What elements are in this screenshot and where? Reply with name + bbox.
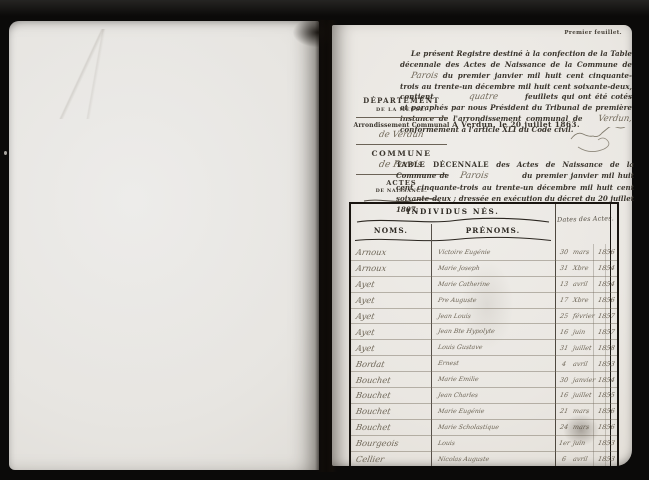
- cell-jour: 30: [555, 248, 573, 256]
- blank-left-page: [9, 21, 319, 470]
- cell-jour: 17: [555, 296, 573, 304]
- commune-title: COMMUNE: [345, 149, 458, 158]
- declaration-text-1: Le présent Registre destiné à la confect…: [400, 49, 632, 69]
- mois-text: avril: [572, 360, 588, 368]
- cell-prenom: Louis: [431, 440, 555, 447]
- film-edge-speck: [4, 151, 7, 155]
- prenom-text: Marie Emilie: [437, 376, 479, 383]
- cell-jour: 31: [555, 344, 573, 352]
- cell-prenom: Nicolas Auguste: [431, 456, 555, 463]
- cell-annee: 1856: [597, 296, 615, 304]
- cell-prenom: Marie Catherine: [431, 281, 555, 288]
- cell-annee: 1853: [597, 439, 615, 447]
- annee-text: 1856: [597, 296, 615, 304]
- column-header-dates: Dates des Actes.: [555, 214, 616, 224]
- cell-jour: 4: [555, 360, 573, 368]
- cell-mois: avril: [573, 455, 597, 463]
- prenom-text: Louis Gustave: [437, 344, 483, 351]
- column-header-prenoms: PRÉNOMS.: [431, 226, 555, 235]
- nom-text: Bordat: [355, 359, 385, 369]
- mois-text: juillet: [572, 344, 592, 352]
- cell-mois: juin: [573, 439, 597, 447]
- cell-mois: février: [573, 312, 597, 320]
- table-title-lead: TABLE DÉCENNALE: [396, 160, 489, 169]
- cell-prenom: Jean Charles: [431, 392, 555, 399]
- cell-jour: 6: [555, 455, 573, 463]
- cell-prenom: Marie Emilie: [431, 376, 555, 383]
- cell-mois: juillet: [573, 391, 597, 399]
- mois-text: avril: [572, 280, 588, 288]
- prenom-text: Marie Eugénie: [437, 408, 485, 415]
- commune-name-handwritten: Parois: [399, 71, 439, 82]
- table-row: Arnoux Victoire Eugénie 30 mars 1856: [351, 245, 617, 261]
- cell-prenom: Jean Louis: [431, 313, 555, 320]
- cell-prenom: Louis Gustave: [431, 344, 555, 351]
- cell-jour: 13: [555, 280, 573, 288]
- cell-jour: 16: [555, 328, 573, 336]
- cell-annee: 1856: [597, 248, 615, 256]
- annee-text: 1853: [597, 360, 615, 368]
- folio-label: Premier feuillet.: [564, 30, 622, 36]
- cell-mois: avril: [573, 360, 597, 368]
- mois-text: avril: [572, 455, 588, 463]
- jour-text: 16: [559, 391, 569, 399]
- mois-text: juin: [572, 439, 586, 447]
- cell-prenom: Pre Auguste: [431, 297, 555, 304]
- births-index-table: INDIVIDUS NÉS. NOMS. PRÉNOMS. Dates des …: [349, 202, 619, 466]
- nom-text: Arnoux: [355, 247, 387, 257]
- cell-nom: Bordat: [351, 359, 431, 369]
- cell-mois: mars: [573, 407, 597, 415]
- annee-text: 1854: [597, 280, 615, 288]
- cell-nom: Ayet: [351, 279, 431, 289]
- cell-prenom: Marie Scholastique: [431, 424, 555, 431]
- annee-text: 1854: [597, 376, 615, 384]
- mois-text: mars: [572, 407, 590, 415]
- arrondissement-value-handwritten: de Verdun: [345, 130, 458, 140]
- cell-mois: avril: [573, 280, 597, 288]
- table-row: Bordat Ernest 4 avril 1853: [351, 356, 617, 372]
- jour-text: 4: [561, 360, 566, 368]
- table-row: Bouchet Marie Eugénie 21 mars 1856: [351, 404, 617, 420]
- prenom-text: Victoire Eugénie: [437, 249, 491, 256]
- cell-annee: 1853: [597, 455, 615, 463]
- jour-text: 30: [559, 376, 569, 384]
- annee-text: 1855: [597, 391, 615, 399]
- nom-text: Bouchet: [355, 375, 391, 385]
- prenom-text: Ernest: [437, 360, 459, 367]
- cell-jour: 21: [555, 407, 573, 415]
- cell-annee: 1858: [597, 344, 615, 352]
- nom-text: Ayet: [355, 295, 375, 305]
- table-row: Ayet Jean Louis 25 février 1857: [351, 309, 617, 325]
- annee-text: 1854: [597, 264, 615, 272]
- table-row: Ayet Marie Catherine 13 avril 1854: [351, 277, 617, 293]
- cell-nom: Cellier: [351, 454, 431, 464]
- table-row: Arnoux Marie Joseph 31 Xbre 1854: [351, 261, 617, 277]
- cell-prenom: Ernest: [431, 360, 555, 367]
- cell-annee: 1857: [597, 328, 615, 336]
- prenom-text: Louis: [437, 440, 455, 447]
- nom-text: Ayet: [355, 279, 375, 289]
- jour-text: 31: [559, 344, 569, 352]
- table-row: Ayet Pre Auguste 17 Xbre 1856: [351, 293, 617, 309]
- prenom-text: Nicolas Auguste: [437, 456, 489, 463]
- annee-text: 1858: [597, 344, 615, 352]
- jour-text: 30: [559, 248, 569, 256]
- prenom-text: Jean Charles: [437, 392, 478, 399]
- cell-nom: Bouchet: [351, 422, 431, 432]
- prenom-text: Jean Bte Hypolyte: [437, 328, 495, 335]
- cell-nom: Arnoux: [351, 247, 431, 257]
- cell-annee: 1854: [597, 376, 615, 384]
- cell-nom: Arnoux: [351, 263, 431, 273]
- annee-text: 1856: [597, 407, 615, 415]
- cell-nom: Bouchet: [351, 406, 431, 416]
- nom-text: Bouchet: [355, 406, 391, 416]
- stamp-divider: [356, 117, 446, 118]
- nom-text: Ayet: [355, 311, 375, 321]
- arrondissement-title: Arrondissement Communal: [345, 122, 458, 129]
- nom-text: Ayet: [355, 327, 375, 337]
- cell-jour: 30: [555, 376, 573, 384]
- jour-text: 21: [559, 407, 569, 415]
- cell-prenom: Marie Eugénie: [431, 408, 555, 415]
- mois-text: mars: [572, 423, 590, 431]
- annee-text: 1857: [597, 328, 615, 336]
- cell-prenom: Marie Joseph: [431, 265, 555, 272]
- cell-jour: 1er: [555, 439, 573, 447]
- archive-scan-viewer: Premier feuillet. Le présent Registre de…: [0, 0, 649, 480]
- cell-jour: 25: [555, 312, 573, 320]
- jour-text: 13: [559, 280, 569, 288]
- prenom-text: Marie Joseph: [437, 265, 480, 272]
- departement-subtitle: DE LA MEUSE.: [345, 107, 458, 113]
- stamp-divider: [356, 144, 446, 145]
- prenom-text: Marie Scholastique: [437, 424, 499, 431]
- table-row: Bourgeois Louis 1er juin 1853: [351, 436, 617, 452]
- jour-text: 25: [559, 312, 569, 320]
- departement-title: DÉPARTEMENT: [345, 96, 458, 105]
- mois-text: juillet: [572, 391, 592, 399]
- nom-text: Arnoux: [355, 263, 387, 273]
- table-row: Bouchet Marie Emilie 30 janvier 1854: [351, 372, 617, 388]
- cell-annee: 1854: [597, 280, 615, 288]
- table-row: Bouchet Marie Scholastique 24 mars 1856: [351, 420, 617, 436]
- nom-text: Bouchet: [355, 422, 391, 432]
- arrondissement-value-text: de Verdun: [378, 130, 424, 140]
- mois-text: mars: [572, 248, 590, 256]
- column-header-noms: NOMS.: [351, 226, 431, 235]
- cell-annee: 1854: [597, 264, 615, 272]
- jour-text: 24: [559, 423, 569, 431]
- cell-nom: Ayet: [351, 343, 431, 353]
- sheet-count-handwritten: quatre: [457, 92, 499, 103]
- table-group-header: INDIVIDUS NÉS.: [351, 207, 555, 216]
- cell-nom: Bourgeois: [351, 438, 431, 448]
- mois-text: Xbre: [572, 264, 589, 272]
- nom-text: Bourgeois: [355, 438, 399, 448]
- annee-text: 1856: [597, 248, 615, 256]
- annee-text: 1857: [597, 312, 615, 320]
- prenom-text: Jean Louis: [437, 313, 471, 320]
- cell-mois: juillet: [573, 344, 597, 352]
- cell-nom: Bouchet: [351, 390, 431, 400]
- nom-text: Ayet: [355, 343, 375, 353]
- cell-nom: Bouchet: [351, 375, 431, 385]
- subheader-swash: [353, 236, 553, 244]
- prenom-text: Marie Catherine: [437, 281, 490, 288]
- jour-text: 1er: [558, 439, 570, 447]
- annee-text: 1853: [597, 439, 615, 447]
- cell-annee: 1856: [597, 407, 615, 415]
- cell-nom: Ayet: [351, 327, 431, 337]
- cell-jour: 31: [555, 264, 573, 272]
- nom-text: Cellier: [355, 454, 385, 464]
- annee-text: 1856: [597, 423, 615, 431]
- cell-annee: 1856: [597, 423, 615, 431]
- cell-annee: 1853: [597, 360, 615, 368]
- cell-nom: Ayet: [351, 311, 431, 321]
- jour-text: 31: [559, 264, 569, 272]
- cell-annee: 1857: [597, 312, 615, 320]
- register-page: Premier feuillet. Le présent Registre de…: [332, 25, 632, 466]
- handwritten-signature: [568, 127, 628, 157]
- mois-text: juin: [572, 328, 586, 336]
- header-swash: [355, 217, 551, 225]
- cell-jour: 24: [555, 423, 573, 431]
- cell-prenom: Victoire Eugénie: [431, 249, 555, 256]
- nom-text: Bouchet: [355, 390, 391, 400]
- cell-nom: Ayet: [351, 295, 431, 305]
- table-row: Bouchet Jean Charles 16 juillet 1855: [351, 388, 617, 404]
- prenom-text: Pre Auguste: [437, 297, 477, 304]
- cell-mois: Xbre: [573, 264, 597, 272]
- cell-mois: Xbre: [573, 296, 597, 304]
- cell-mois: janvier: [573, 376, 597, 384]
- cell-mois: juin: [573, 328, 597, 336]
- mois-text: Xbre: [572, 296, 589, 304]
- jour-text: 6: [561, 455, 566, 463]
- mois-text: janvier: [572, 376, 596, 384]
- cell-jour: 16: [555, 391, 573, 399]
- table-row: Ayet Louis Gustave 31 juillet 1858: [351, 340, 617, 356]
- mois-text: février: [572, 312, 595, 320]
- table-body: Arnoux Victoire Eugénie 30 mars 1856 Arn…: [351, 245, 617, 466]
- annee-text: 1853: [597, 455, 615, 463]
- table-row: Cellier Nicolas Auguste 6 avril 1853: [351, 452, 617, 466]
- cell-mois: mars: [573, 423, 597, 431]
- cell-prenom: Jean Bte Hypolyte: [431, 328, 555, 335]
- table-title-commune-handwritten: Parois: [451, 171, 519, 182]
- jour-text: 17: [559, 296, 569, 304]
- jour-text: 16: [559, 328, 569, 336]
- cell-mois: mars: [573, 248, 597, 256]
- table-row: Ayet Jean Bte Hypolyte 16 juin 1857: [351, 324, 617, 340]
- cell-annee: 1855: [597, 391, 615, 399]
